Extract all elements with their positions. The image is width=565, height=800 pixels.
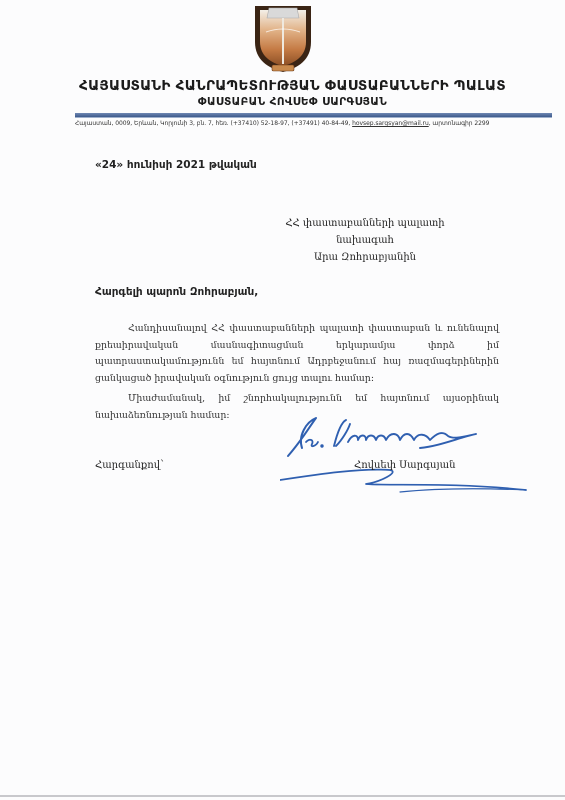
header-divider bbox=[75, 113, 552, 117]
paragraph-1-text: Հանդիսանալով ՀՀ փաստաբանների պալատի փաստ… bbox=[95, 323, 499, 384]
contact-email-link[interactable]: hovsep.sargsyan@mail.ru bbox=[352, 120, 429, 127]
organization-title: ՀԱՅԱՍՏԱՆԻ ՀԱՆՐԱՊԵՏՈՒԹՅԱՆ ՓԱՍՏԱԲԱՆՆԵՐԻ ՊԱ… bbox=[60, 78, 525, 94]
court-shield-emblem-icon bbox=[252, 2, 314, 74]
letter-date: «24» հունիսի 2021 թվական bbox=[95, 159, 257, 171]
contact-line: Հայաստան, 0009, Երևան, Կորյունի 3, բն. 7… bbox=[75, 120, 555, 127]
handwritten-signature-icon bbox=[280, 412, 530, 494]
addressee-block: ՀՀ փաստաբանների պալատի նախագահ Արա Զոհրա… bbox=[255, 215, 475, 266]
contact-address: Հայաստան, 0009, Երևան, Կորյունի 3, բն. 7… bbox=[75, 120, 352, 127]
organization-subtitle: ՓԱՍՏԱԲԱՆ ՀՈՎՍԵՓ ՍԱՐԳՍՅԱՆ bbox=[60, 96, 525, 108]
letter-page: ՀԱՅԱՍՏԱՆԻ ՀԱՆՐԱՊԵՏՈՒԹՅԱՆ ՓԱՍՏԱԲԱՆՆԵՐԻ ՊԱ… bbox=[0, 0, 565, 800]
closing-phrase: Հարգանքով՝ bbox=[95, 460, 164, 471]
addressee-title: ՀՀ փաստաբանների պալատի նախագահ bbox=[255, 215, 475, 249]
signer-name: Հովսեփ Սարգսյան bbox=[354, 460, 455, 471]
addressee-name: Արա Զոհրաբյանին bbox=[255, 249, 475, 266]
contact-license: , արտոնագիր 2299 bbox=[429, 120, 490, 127]
body-paragraph-1: Հանդիսանալով ՀՀ փաստաբանների պալատի փաստ… bbox=[95, 321, 499, 387]
page-bottom-edge bbox=[0, 795, 565, 797]
salutation: Հարգելի պարոն Զոհրաբյան, bbox=[95, 286, 258, 298]
